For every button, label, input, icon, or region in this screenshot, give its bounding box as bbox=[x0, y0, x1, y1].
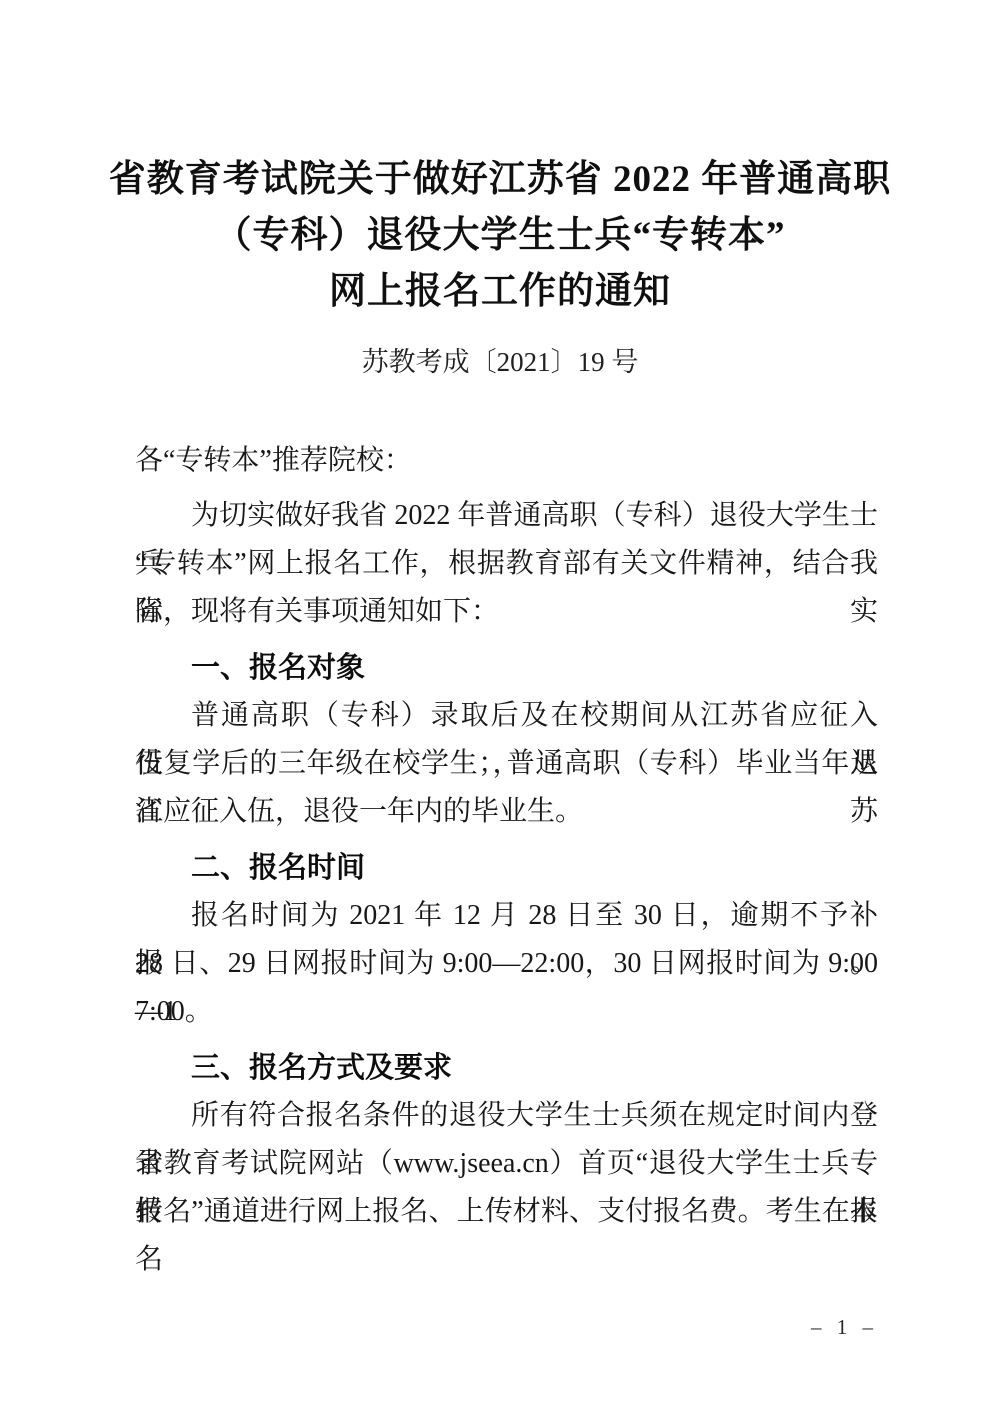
body-line: 报名”通道进行网上报名、上传材料、支付报名费。考生在报名 bbox=[135, 1188, 878, 1236]
document-number: 苏教考成〔2021〕19 号 bbox=[0, 344, 1000, 380]
page-number: – 1 – bbox=[135, 1313, 878, 1341]
body-line: 7:00。 bbox=[135, 988, 878, 1036]
document-body: 各“专转本”推荐院校： 为切实做好我省 2022 年普通高职（专科）退役大学生士… bbox=[135, 437, 878, 1236]
body-line: 报名时间为 2021 年 12 月 28 日至 30 日，逾期不予补报。 bbox=[135, 892, 878, 940]
body-line: 普通高职（专科）录取后及在校期间从江苏省应征入伍，退 bbox=[135, 692, 878, 740]
section-heading-1: 一、报名对象 bbox=[135, 644, 878, 692]
title-line-1: 省教育考试院关于做好江苏省 2022 年普通高职 bbox=[60, 152, 940, 208]
body-line: 为切实做好我省 2022 年普通高职（专科）退役大学生士兵 bbox=[135, 492, 878, 540]
document-title: 省教育考试院关于做好江苏省 2022 年普通高职 （专科）退役大学生士兵“专转本… bbox=[60, 152, 940, 320]
body-line: 省教育考试院网站（www.jseea.cn）首页“退役大学生士兵专转本 bbox=[135, 1140, 878, 1188]
title-line-3: 网上报名工作的通知 bbox=[60, 264, 940, 320]
body-line: 役复学后的三年级在校学生；普通高职（专科）毕业当年从江苏 bbox=[135, 740, 878, 788]
body-line: 所有符合报名条件的退役大学生士兵须在规定时间内登录 bbox=[135, 1092, 878, 1140]
section-heading-2: 二、报名时间 bbox=[135, 844, 878, 892]
body-line: 28 日、29 日网报时间为 9:00—22:00，30 日网报时间为 9:00… bbox=[135, 940, 878, 988]
section-heading-3: 三、报名方式及要求 bbox=[135, 1044, 878, 1092]
title-line-2: （专科）退役大学生士兵“专转本” bbox=[60, 208, 940, 264]
document-page: 省教育考试院关于做好江苏省 2022 年普通高职 （专科）退役大学生士兵“专转本… bbox=[0, 0, 1000, 1414]
salutation-line: 各“专转本”推荐院校： bbox=[135, 437, 878, 485]
body-line: “专转本”网上报名工作，根据教育部有关文件精神，结合我省实 bbox=[135, 540, 878, 588]
